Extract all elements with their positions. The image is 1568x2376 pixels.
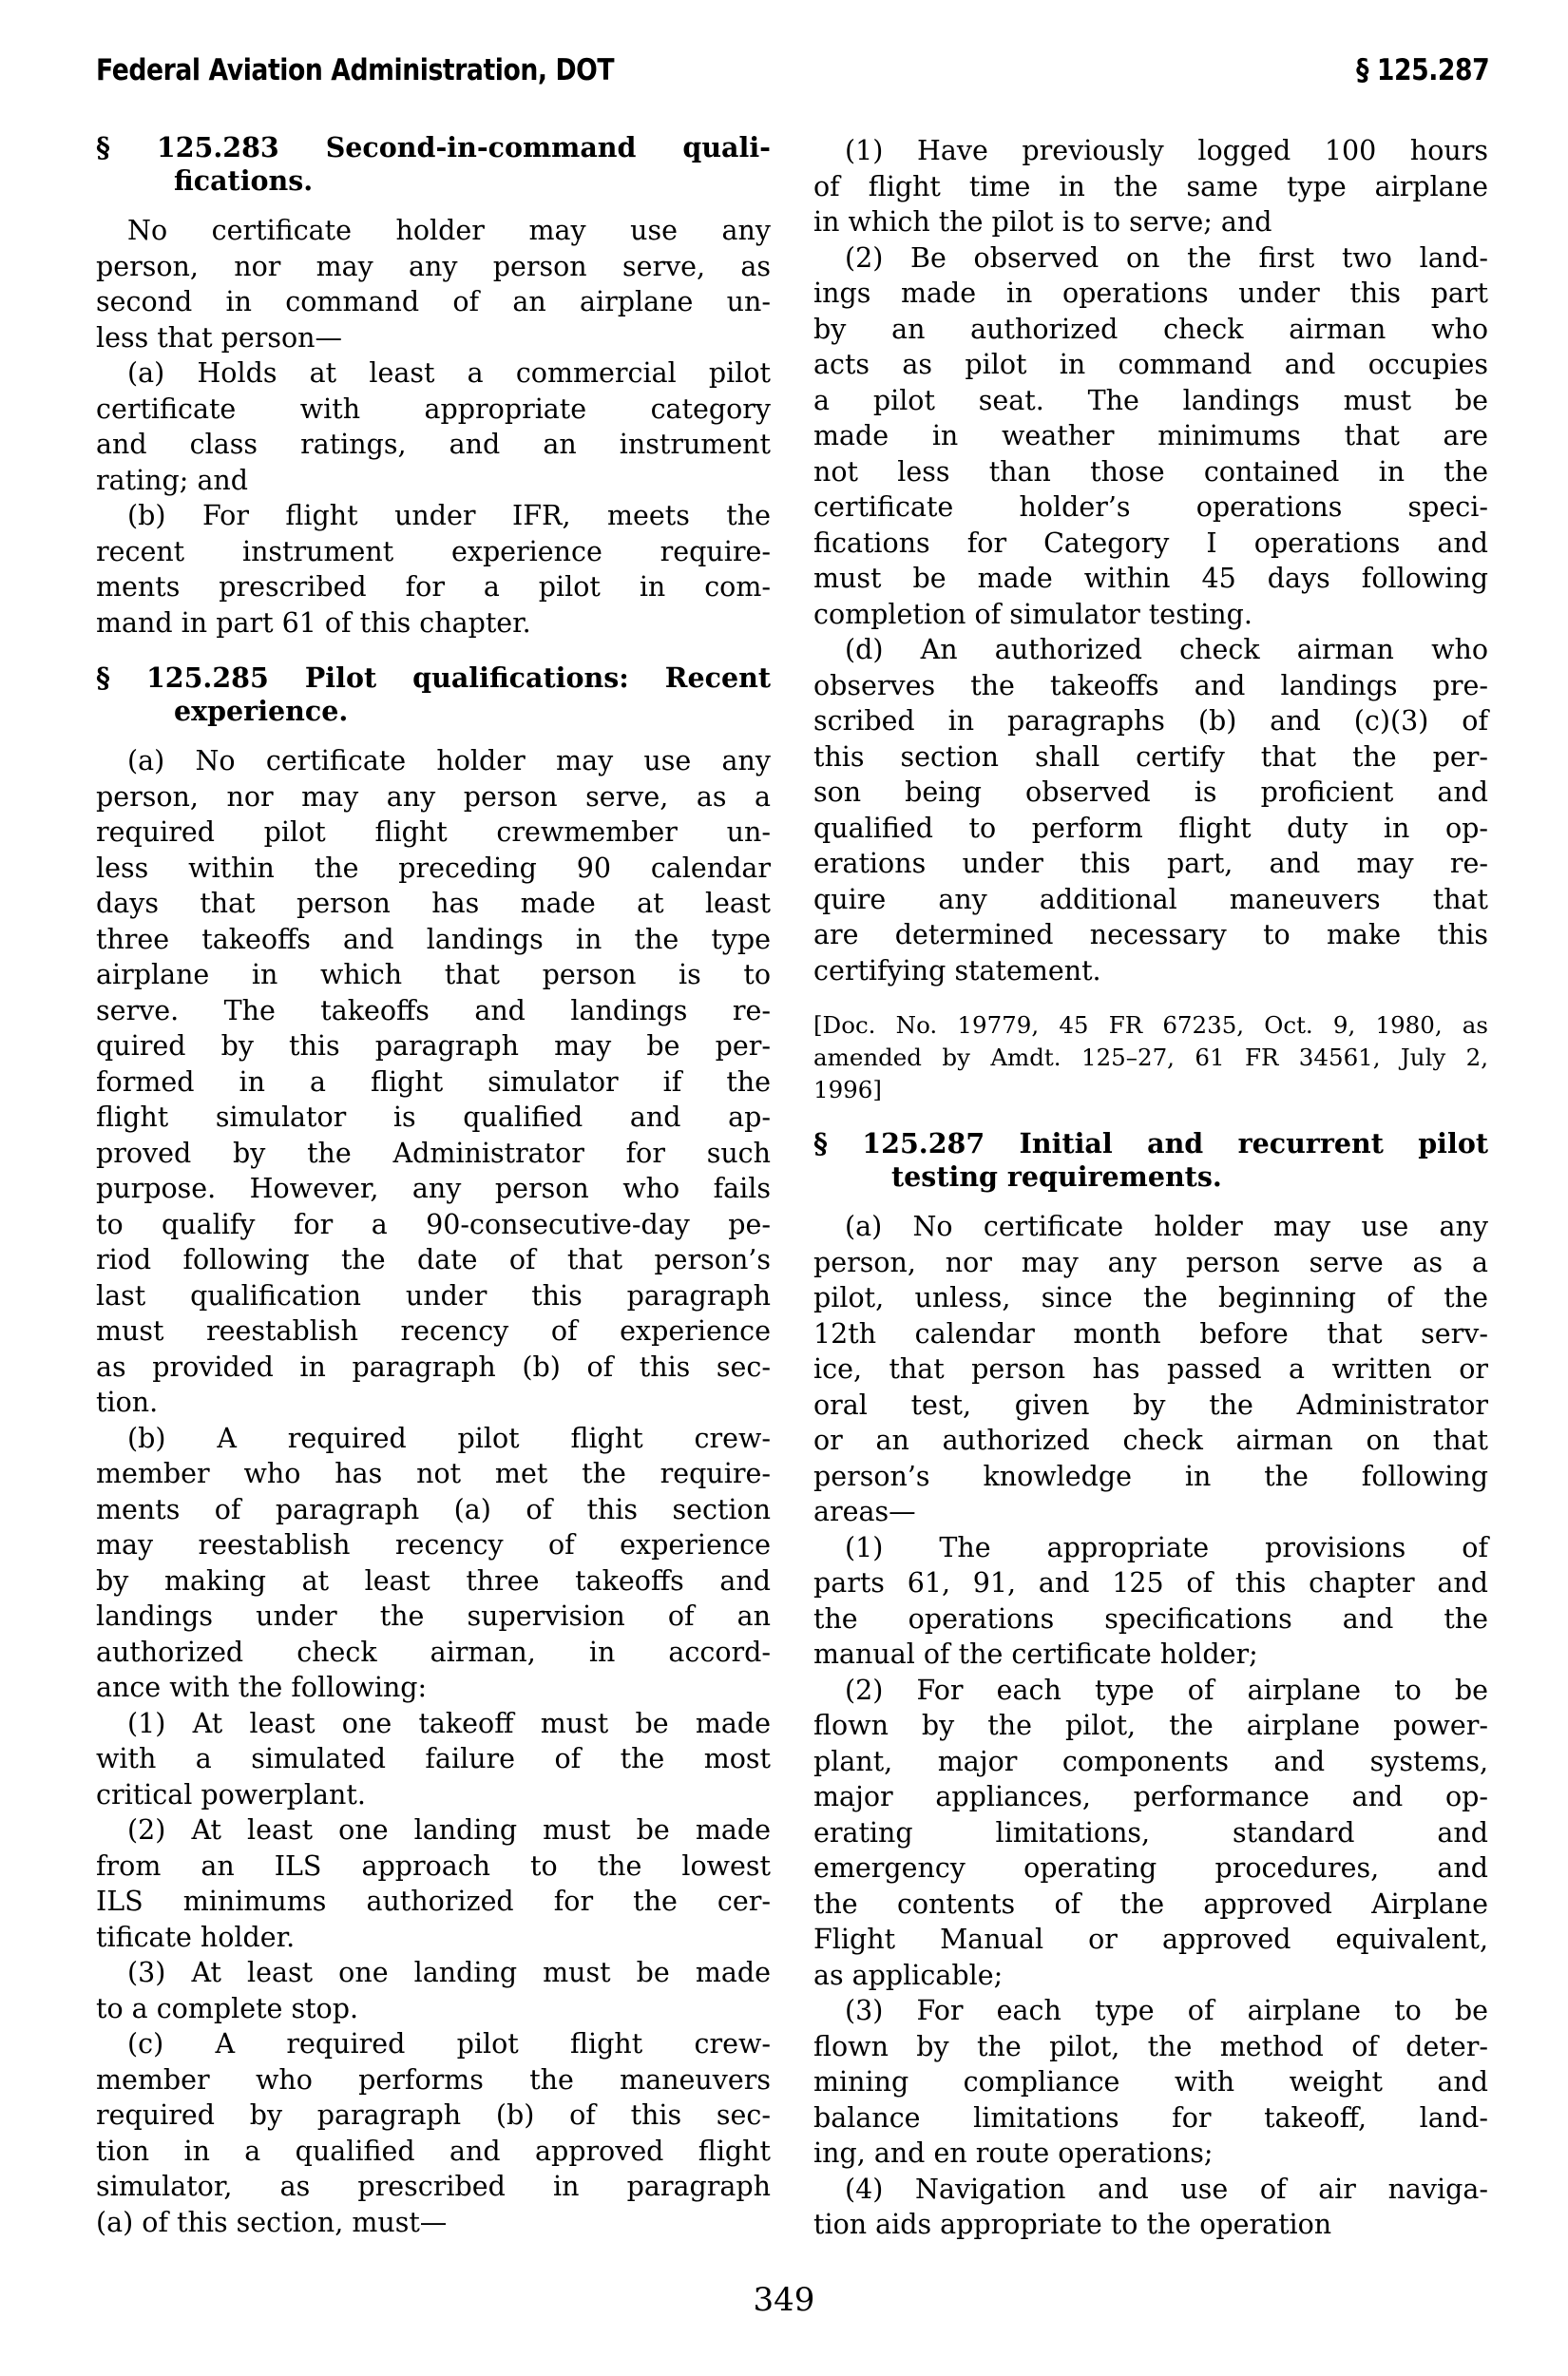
section-heading: § 125.283 Second-in-command quali-ficati… — [96, 131, 771, 198]
paragraph: (1) Have previously logged 100 hoursof f… — [813, 133, 1488, 240]
spacer — [96, 728, 771, 743]
text-line: less within the preceding 90 calendar — [96, 851, 771, 887]
heading-line: § 125.287 Initial and recurrent pilot — [813, 1127, 1488, 1160]
running-head-agency: Federal Aviation Administration, DOT — [96, 53, 614, 87]
text-line: ILS minimums authorized for the cer- — [96, 1884, 771, 1920]
text-line: major appliances, performance and op- — [813, 1779, 1488, 1815]
paragraph: (a) Holds at least a commercial pilotcer… — [96, 355, 771, 498]
text-line: (2) For each type of airplane to be — [813, 1673, 1488, 1709]
text-line: ments prescribed for a pilot in com- — [96, 569, 771, 605]
text-line: emergency operating procedures, and — [813, 1850, 1488, 1887]
text-line: ings made in operations under this part — [813, 276, 1488, 312]
text-line: Flight Manual or approved equivalent, — [813, 1922, 1488, 1958]
text-line: (2) Be observed on the first two land- — [813, 240, 1488, 277]
text-line: as applicable; — [813, 1958, 1488, 1994]
text-line: (1) Have previously logged 100 hours — [813, 133, 1488, 169]
text-line: purpose. However, any person who fails — [96, 1171, 771, 1207]
text-line: the operations specifications and the — [813, 1601, 1488, 1638]
text-line: tion aids appropriate to the operation — [813, 2207, 1488, 2243]
text-line: 12th calendar month before that serv- — [813, 1316, 1488, 1352]
text-line: (b) A required pilot flight crew- — [96, 1421, 771, 1457]
text-line: (b) For flight under IFR, meets the — [96, 498, 771, 534]
text-line: member who has not met the require- — [96, 1456, 771, 1492]
text-line: member who performs the maneuvers — [96, 2062, 771, 2098]
section-heading: § 125.287 Initial and recurrent pilottes… — [813, 1127, 1488, 1194]
text-line: parts 61, 91, and 125 of this chapter an… — [813, 1565, 1488, 1601]
paragraph: (2) For each type of airplane to beflown… — [813, 1673, 1488, 1994]
text-line: tion in a qualified and approved flight — [96, 2134, 771, 2170]
citation-line: [Doc. No. 19779, 45 FR 67235, Oct. 9, 19… — [813, 1009, 1488, 1042]
text-line: must reestablish recency of experience — [96, 1313, 771, 1350]
text-line: fications for Category I operations and — [813, 526, 1488, 562]
paragraph: No certificate holder may use anyperson,… — [96, 213, 771, 355]
heading-line: testing requirements. — [813, 1160, 1488, 1194]
text-line: riod following the date of that person’s — [96, 1242, 771, 1278]
text-line: scribed in paragraphs (b) and (c)(3) of — [813, 703, 1488, 739]
text-line: (3) For each type of airplane to be — [813, 1993, 1488, 2029]
text-line: this section shall certify that the per- — [813, 739, 1488, 776]
text-line: certificate holder’s operations speci- — [813, 489, 1488, 526]
text-line: (a) of this section, must— — [96, 2205, 771, 2241]
section-heading: § 125.285 Pilot qualifications: Recentex… — [96, 661, 771, 728]
text-line: flown by the pilot, the airplane power- — [813, 1708, 1488, 1744]
text-line: to qualify for a 90-consecutive-day pe- — [96, 1207, 771, 1243]
paragraph: (1) At least one takeoff must be madewit… — [96, 1706, 771, 1813]
spacer — [96, 198, 771, 213]
text-line: flight simulator is qualified and ap- — [96, 1100, 771, 1136]
text-line: certifying statement. — [813, 953, 1488, 989]
text-line: (1) The appropriate provisions of — [813, 1530, 1488, 1566]
text-line: observes the takeoffs and landings pre- — [813, 668, 1488, 704]
text-line: person, nor may any person serve, as — [96, 249, 771, 285]
paragraph: (4) Navigation and use of air naviga-tio… — [813, 2172, 1488, 2243]
left-column: § 125.283 Second-in-command quali-ficati… — [96, 131, 771, 2240]
source-citation: [Doc. No. 19779, 45 FR 67235, Oct. 9, 19… — [813, 1009, 1488, 1106]
text-line: formed in a flight simulator if the — [96, 1064, 771, 1101]
text-line: completion of simulator testing. — [813, 597, 1488, 633]
text-line: person, nor may any person serve as a — [813, 1245, 1488, 1281]
text-line: person, nor may any person serve, as a — [96, 779, 771, 815]
text-line: by making at least three takeoffs and — [96, 1563, 771, 1600]
text-line: in which the pilot is to serve; and — [813, 204, 1488, 240]
text-line: person’s knowledge in the following — [813, 1459, 1488, 1495]
paragraph: (3) For each type of airplane to beflown… — [813, 1993, 1488, 2172]
right-column: (1) Have previously logged 100 hoursof f… — [813, 133, 1488, 2243]
spacer — [813, 1194, 1488, 1209]
text-line: ance with the following: — [96, 1670, 771, 1706]
text-line: and class ratings, and an instrument — [96, 427, 771, 463]
text-line: required by paragraph (b) of this sec- — [96, 2098, 771, 2134]
text-line: to a complete stop. — [96, 1991, 771, 2027]
heading-line: experience. — [96, 695, 771, 728]
citation-line: 1996] — [813, 1074, 1488, 1106]
text-line: balance limitations for takeoff, land- — [813, 2100, 1488, 2136]
paragraph: (b) For flight under IFR, meets therecen… — [96, 498, 771, 641]
text-line: less that person— — [96, 320, 771, 356]
text-line: (4) Navigation and use of air naviga- — [813, 2172, 1488, 2208]
text-line: last qualification under this paragraph — [96, 1278, 771, 1314]
paragraph: (c) A required pilot flight crew-member … — [96, 2026, 771, 2240]
text-line: serve. The takeoffs and landings re- — [96, 993, 771, 1029]
text-line: quire any additional maneuvers that — [813, 882, 1488, 918]
spacer — [813, 988, 1488, 1009]
text-line: tificate holder. — [96, 1920, 771, 1956]
text-line: three takeoffs and landings in the type — [96, 922, 771, 958]
text-line: may reestablish recency of experience — [96, 1527, 771, 1563]
paragraph: (2) At least one landing must be madefro… — [96, 1812, 771, 1955]
text-line: the contents of the approved Airplane — [813, 1887, 1488, 1923]
text-line: qualified to perform flight duty in op- — [813, 811, 1488, 847]
text-line: son being observed is proficient and — [813, 775, 1488, 811]
text-line: mand in part 61 of this chapter. — [96, 605, 771, 642]
heading-line: § 125.283 Second-in-command quali- — [96, 131, 771, 164]
paragraph: (1) The appropriate provisions ofparts 6… — [813, 1530, 1488, 1673]
text-line: simulator, as prescribed in paragraph — [96, 2169, 771, 2205]
text-line: certificate with appropriate category — [96, 392, 771, 428]
text-line: manual of the certificate holder; — [813, 1637, 1488, 1673]
text-line: are determined necessary to make this — [813, 917, 1488, 953]
text-line: (1) At least one takeoff must be made — [96, 1706, 771, 1742]
spacer — [813, 1106, 1488, 1127]
text-line: (a) No certificate holder may use any — [96, 743, 771, 779]
text-line: acts as pilot in command and occupies — [813, 347, 1488, 383]
text-line: quired by this paragraph may be per- — [96, 1028, 771, 1064]
text-line: oral test, given by the Administrator — [813, 1388, 1488, 1424]
text-line: proved by the Administrator for such — [96, 1136, 771, 1172]
text-line: authorized check airman, in accord- — [96, 1635, 771, 1671]
text-line: plant, major components and systems, — [813, 1744, 1488, 1780]
text-line: recent instrument experience require- — [96, 534, 771, 570]
text-line: mining compliance with weight and — [813, 2064, 1488, 2100]
text-line: rating; and — [96, 463, 771, 499]
text-line: landings under the supervision of an — [96, 1599, 771, 1635]
text-line: as provided in paragraph (b) of this sec… — [96, 1350, 771, 1386]
text-line: by an authorized check airman who — [813, 312, 1488, 348]
text-line: ing, and en route operations; — [813, 2136, 1488, 2172]
spacer — [96, 641, 771, 661]
text-line: airplane in which that person is to — [96, 957, 771, 993]
page-number: 349 — [0, 2281, 1568, 2319]
text-line: ice, that person has passed a written or — [813, 1351, 1488, 1388]
running-head: Federal Aviation Administration, DOT § 1… — [96, 53, 1293, 95]
text-line: flown by the pilot, the method of deter- — [813, 2029, 1488, 2065]
text-line: pilot, unless, since the beginning of th… — [813, 1280, 1488, 1316]
citation-line: amended by Amdt. 125–27, 61 FR 34561, Ju… — [813, 1042, 1488, 1074]
text-line: days that person has made at least — [96, 886, 771, 922]
text-line: tion. — [96, 1385, 771, 1421]
text-line: of flight time in the same type airplane — [813, 169, 1488, 205]
text-line: ments of paragraph (a) of this section — [96, 1492, 771, 1528]
text-line: critical powerplant. — [96, 1777, 771, 1813]
text-line: erations under this part, and may re- — [813, 846, 1488, 882]
text-line: (2) At least one landing must be made — [96, 1812, 771, 1849]
text-line: No certificate holder may use any — [96, 213, 771, 249]
paragraph: (a) No certificate holder may use anyper… — [96, 743, 771, 1421]
text-line: a pilot seat. The landings must be — [813, 383, 1488, 419]
text-line: (3) At least one landing must be made — [96, 1955, 771, 1991]
heading-line: fications. — [96, 164, 771, 198]
text-line: from an ILS approach to the lowest — [96, 1849, 771, 1885]
text-line: (a) No certificate holder may use any — [813, 1209, 1488, 1245]
text-line: second in command of an airplane un- — [96, 284, 771, 320]
text-line: not less than those contained in the — [813, 454, 1488, 490]
paragraph: (d) An authorized check airman whoobserv… — [813, 632, 1488, 988]
paragraph: (3) At least one landing must be madeto … — [96, 1955, 771, 2026]
text-line: must be made within 45 days following — [813, 561, 1488, 597]
text-line: erating limitations, standard and — [813, 1815, 1488, 1851]
text-line: or an authorized check airman on that — [813, 1423, 1488, 1459]
text-line: made in weather minimums that are — [813, 418, 1488, 454]
paragraph: (b) A required pilot flight crew-member … — [96, 1421, 771, 1706]
text-line: (c) A required pilot flight crew- — [96, 2026, 771, 2062]
text-line: (a) Holds at least a commercial pilot — [96, 355, 771, 392]
heading-line: § 125.285 Pilot qualifications: Recent — [96, 661, 771, 695]
text-line: areas— — [813, 1494, 1488, 1530]
text-line: with a simulated failure of the most — [96, 1741, 771, 1777]
paragraph: (a) No certificate holder may use anyper… — [813, 1209, 1488, 1530]
paragraph: (2) Be observed on the first two land-in… — [813, 240, 1488, 633]
running-head-section: § 125.287 — [1356, 53, 1489, 87]
text-line: (d) An authorized check airman who — [813, 632, 1488, 668]
text-line: required pilot flight crewmember un- — [96, 814, 771, 851]
